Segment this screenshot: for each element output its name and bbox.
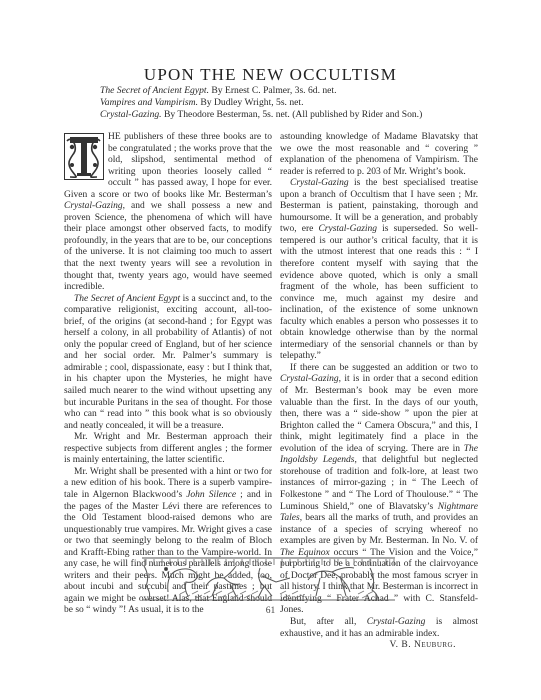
paragraph: Crystal-Gazing is the best specialised t… xyxy=(280,178,478,363)
article-title: UPON THE NEW OCCULTISM xyxy=(0,65,541,85)
book-reference: Crystal-Gazing xyxy=(367,617,426,627)
book-title: Vampires and Vampirism. xyxy=(100,97,198,108)
book-entry: Vampires and Vampirism. By Dudley Wright… xyxy=(100,97,480,109)
hunting-scene-icon xyxy=(140,556,397,602)
paragraph: The Secret of Ancient Egypt is a succinc… xyxy=(64,294,272,433)
book-title: Crystal-Gazing. xyxy=(100,109,162,120)
book-details: By Theodore Besterman, 5s. net. (All pub… xyxy=(162,109,423,120)
decorative-frieze-illustration xyxy=(140,556,397,602)
page-number: 61 xyxy=(0,606,541,616)
paragraph: HE publishers of these three books are t… xyxy=(64,132,272,294)
paragraph-text: is superseded. So well-tempered is our a… xyxy=(280,224,478,361)
paragraph-text: , bears all the marks of truth, and prov… xyxy=(280,513,478,546)
author-signature: V. B. Neuburg. xyxy=(280,640,456,652)
book-reference: Crystal-Gazing xyxy=(64,201,123,211)
paragraph-text: If there can be suggested an addition or… xyxy=(290,363,478,373)
paragraph-text: is a succinct and, to the comparative re… xyxy=(64,294,272,431)
paragraph: astounding knowledge of Madame Blavatsky… xyxy=(280,132,478,178)
paragraph-text: , and we shall possess a new and proven … xyxy=(64,201,272,292)
book-reference: Crystal-Gazing xyxy=(318,224,377,234)
paragraph-text: But, after all, xyxy=(290,617,367,627)
book-entry: The Secret of Ancient Egypt. By Ernest C… xyxy=(100,85,480,97)
book-entry: Crystal-Gazing. By Theodore Besterman, 5… xyxy=(100,109,480,121)
book-details: By Dudley Wright, 5s. net. xyxy=(198,97,304,108)
paragraph-text: Mr. Wright and Mr. Besterman approach th… xyxy=(64,432,272,465)
book-reference: John Silence xyxy=(186,490,236,500)
book-list: The Secret of Ancient Egypt. By Ernest C… xyxy=(100,85,480,121)
paragraph-text: astounding knowledge of Madame Blavatsky… xyxy=(280,132,478,177)
paragraph: But, after all, Crystal-Gazing is almost… xyxy=(280,617,478,640)
signature-text: V. B. Neuburg. xyxy=(390,640,457,650)
paragraph-text: , it is in order that a second edition o… xyxy=(280,374,478,453)
book-reference: Crystal-Gazing xyxy=(280,374,339,384)
left-column: HE publishers of these three books are t… xyxy=(64,132,272,617)
book-details: By Ernest C. Palmer, 3s. 6d. net. xyxy=(209,85,337,96)
paragraph: Mr. Wright and Mr. Besterman approach th… xyxy=(64,432,272,467)
book-reference: Crystal-Gazing xyxy=(290,178,349,188)
book-title: The Secret of Ancient Egypt. xyxy=(100,85,209,96)
book-reference: The Secret of Ancient Egypt xyxy=(74,294,180,304)
ornamental-dropcap-icon xyxy=(64,133,104,180)
